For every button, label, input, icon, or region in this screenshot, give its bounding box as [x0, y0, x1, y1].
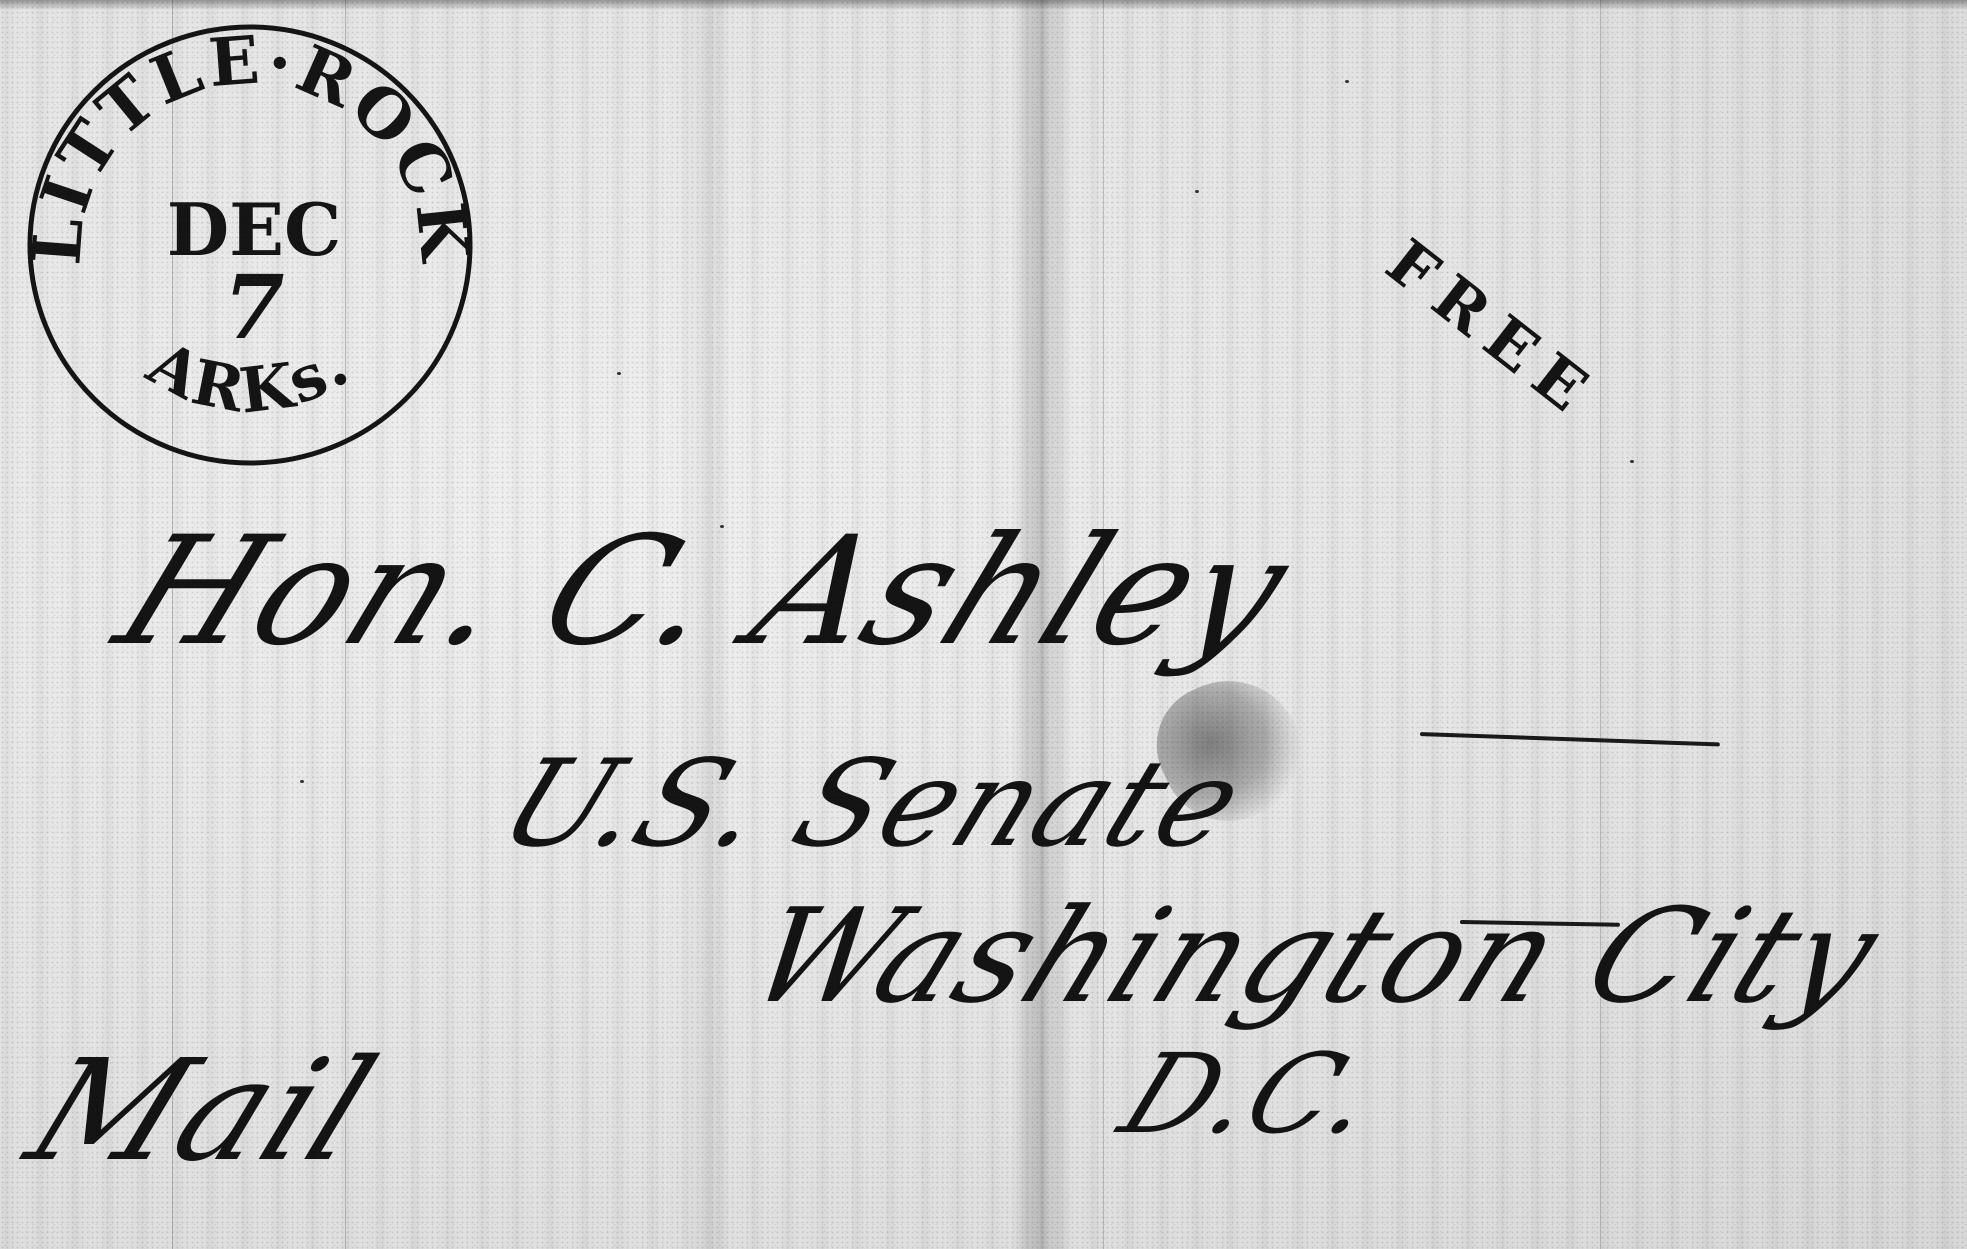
circular-datestamp-postmark: LITTLE·ROCK ARKs. DEC 7 [22, 20, 477, 470]
address-district: D.C. [1104, 1030, 1398, 1158]
address-city: Washington City [729, 880, 1901, 1032]
top-edge-shadow [0, 0, 1967, 10]
mail-endorsement: Mail [7, 1030, 397, 1193]
addressee-name: Hon. C. Ashley [95, 505, 1315, 679]
paper-line [1600, 0, 1601, 1249]
underline-flourish [1420, 732, 1720, 746]
addressee-office: U.S. Senate [482, 735, 1264, 874]
postmark-graphic: LITTLE·ROCK ARKs. DEC 7 [22, 20, 477, 470]
free-frank-stamp: FREE [1373, 225, 1612, 434]
postmark-day: 7 [223, 255, 284, 359]
envelope-cover: LITTLE·ROCK ARKs. DEC 7 FREE Hon. C. Ash… [0, 0, 1967, 1249]
